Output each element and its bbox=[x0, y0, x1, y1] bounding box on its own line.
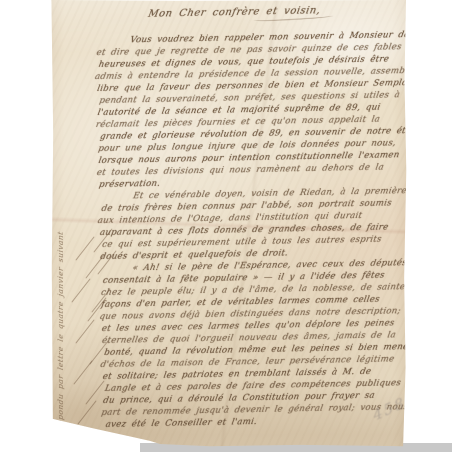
letter-paper: Mon Cher confrère et voisin, Vous voudre… bbox=[50, 0, 407, 448]
flourish-stroke bbox=[77, 400, 96, 424]
scanned-letter-photo: Mon Cher confrère et voisin, Vous voudre… bbox=[0, 0, 452, 452]
letter-body: Vous voudrez bien rappeler mon souvenir … bbox=[95, 29, 415, 431]
margin-note-vertical: Répondu par lettre le quatre janvier sui… bbox=[56, 218, 65, 432]
flourish-stroke bbox=[73, 360, 92, 384]
flourish-stroke bbox=[75, 319, 94, 343]
flourish-stroke bbox=[75, 236, 94, 260]
flourish-stroke bbox=[71, 278, 90, 302]
letter-salutation: Mon Cher confrère et voisin, bbox=[147, 5, 321, 21]
